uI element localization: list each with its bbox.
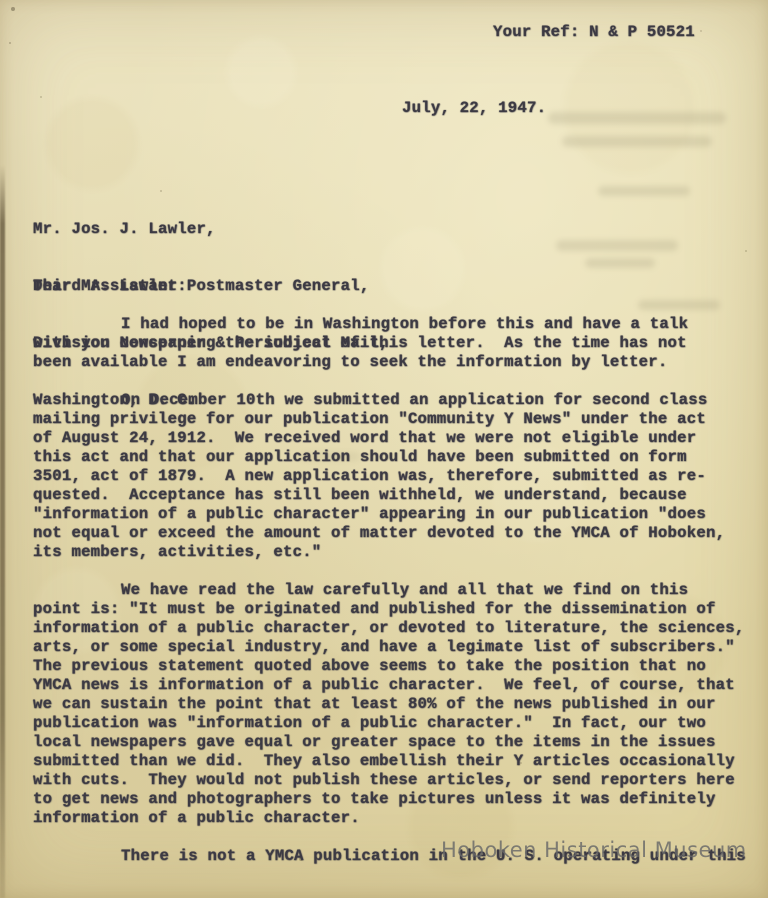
recipient-line: Mr. Jos. J. Lawler, bbox=[33, 220, 389, 239]
letter-line: local newspapers gave equal or greater s… bbox=[33, 733, 758, 752]
letter-paragraph: On December 10th we submitted an applica… bbox=[33, 391, 758, 562]
letter-line: submitted than we did. They also embelli… bbox=[33, 752, 758, 771]
bleed-through-smudge bbox=[548, 112, 726, 124]
letter-line: to get news and photographers to take pi… bbox=[33, 790, 758, 809]
bleed-through-smudge bbox=[598, 186, 690, 196]
letter-line: YMCA news is information of a public cha… bbox=[33, 676, 758, 695]
letter-line: arts, or some special industry, and have… bbox=[33, 638, 758, 657]
letter-line: with you concerning the subject of this … bbox=[33, 334, 758, 353]
letter-body: I had hoped to be in Washington before t… bbox=[33, 315, 758, 885]
bleed-through-smudge bbox=[556, 240, 678, 251]
letter-paragraph: I had hoped to be in Washington before t… bbox=[33, 315, 758, 372]
bleed-through-smudge bbox=[638, 300, 720, 310]
paper-specks bbox=[0, 0, 2, 2]
reference-line: Your Ref: N & P 50521 bbox=[493, 23, 695, 42]
letter-line: I had hoped to be in Washington before t… bbox=[33, 315, 758, 334]
letter-line: we can sustain the point that at least 8… bbox=[33, 695, 758, 714]
letter-page: Your Ref: N & P 50521 July, 22, 1947. Mr… bbox=[0, 0, 768, 898]
letter-line: been available I am endeavoring to seek … bbox=[33, 353, 758, 372]
watermark: Hoboken Historical Museum bbox=[441, 838, 747, 862]
letter-line: We have read the law carefully and all t… bbox=[33, 581, 758, 600]
letter-line: publication was "information of a public… bbox=[33, 714, 758, 733]
scan-edge-shadow bbox=[0, 165, 5, 898]
letter-paragraph: We have read the law carefully and all t… bbox=[33, 581, 758, 828]
letter-line: with cuts. They would not publish these … bbox=[33, 771, 758, 790]
letter-line: its members, activities, etc." bbox=[33, 543, 758, 562]
letter-line: "information of a public character" appe… bbox=[33, 505, 758, 524]
letter-line: this act and that our application should… bbox=[33, 448, 758, 467]
letter-line: quested. Acceptance has still been withh… bbox=[33, 486, 758, 505]
letter-line: mailing privilege for our publication "C… bbox=[33, 410, 758, 429]
bleed-through-smudge bbox=[585, 258, 655, 268]
letter-line: On December 10th we submitted an applica… bbox=[33, 391, 758, 410]
letter-line: information of a public character. bbox=[33, 809, 758, 828]
salutation: Dear Mr. Lawler: bbox=[33, 277, 187, 296]
letter-line: 3501, act of 1879. A new application was… bbox=[33, 467, 758, 486]
bleed-through-smudge bbox=[562, 136, 712, 147]
letter-line: not equal or exceed the amount of matter… bbox=[33, 524, 758, 543]
date-line: July, 22, 1947. bbox=[402, 99, 546, 118]
letter-line: The previous statement quoted above seem… bbox=[33, 657, 758, 676]
letter-line: information of a public character, or de… bbox=[33, 619, 758, 638]
letter-line: point is: "It must be originated and pub… bbox=[33, 600, 758, 619]
letter-line: of August 24, 1912. We received word tha… bbox=[33, 429, 758, 448]
